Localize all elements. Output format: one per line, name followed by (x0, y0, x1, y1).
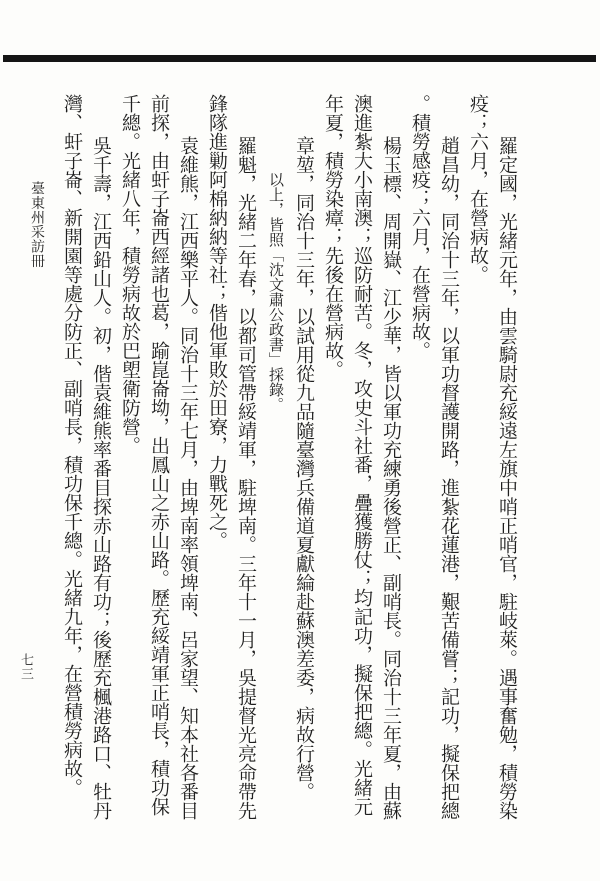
text-column: 鋒隊進勦阿棉納納等社；偕他軍敗於田寮，力戰死之。 (202, 94, 231, 842)
book-page: 臺東州采訪冊 羅定國，光緒元年，由雲騎尉充綏遠左旗中哨正哨官，駐岐萊。遇事奮勉，… (0, 0, 600, 881)
text-column: 。積勞感疫；六月，在營病故。 (405, 94, 434, 842)
text-block: 羅定國，光緒元年，由雲騎尉充綏遠左旗中哨正哨官，駐岐萊。遇事奮勉，積勞染 疫；六… (57, 94, 521, 842)
text-column: 灣、虷子崙、新開園等處分防正、副哨長，積功保千總。光緒九年，在營積勞病故。 (57, 94, 86, 842)
page-frame-rule (3, 55, 596, 62)
text-column: 疫；六月，在營病故。 (463, 94, 492, 842)
text-column: 前探，由虷子崙西經諸也葛，踰崑崙坳，出鳳山之赤山路。歷充綏靖軍正哨長，積功保 (144, 94, 173, 842)
text-column: 千總。光緒八年，積勞病故於巴塱衛防營。 (115, 94, 144, 842)
text-column: 羅魁，光緒二年春，以都司管帶綏靖軍，駐埤南。三年十一月，吳提督光亮命帶先 (231, 94, 260, 842)
text-column: 年夏，積勞染瘴；先後在營病故。 (318, 94, 347, 842)
book-title-margin: 臺東州采訪冊 (26, 181, 46, 268)
text-column: 趙昌幼，同治十三年，以軍功督護開路，進紮花蓮港，艱苦備嘗；記功，擬保把總 (434, 94, 463, 842)
text-column: 章堃，同治十三年，以試用從九品隨臺灣兵備道夏獻綸赴蘇澳差委，病故行營。 (289, 94, 318, 842)
text-column: 吳千壽，江西鉛山人。初，偕袁維熊率番目探赤山路有功；後歷充楓港路口、牡丹 (86, 94, 115, 842)
text-column: 澳進紮大小南澳；巡防耐苦。冬，攻史斗社番，疊獲勝仗；均記功，擬保把總。光緒元 (347, 94, 376, 842)
page-number: 七三 (17, 653, 36, 681)
text-column: 袁維熊，江西樂平人。同治十三年七月，由埤南率領埤南、呂家望、知本社各番目 (173, 94, 202, 842)
text-column: 羅定國，光緒元年，由雲騎尉充綏遠左旗中哨正哨官，駐岐萊。遇事奮勉，積勞染 (492, 94, 521, 842)
source-note-column: 以上，皆照「沈文肅公政書」採錄。 (260, 94, 289, 842)
text-column: 楊玉標、周開嶽、江少華，皆以軍功充練勇後營正、副哨長。同治十三年夏，由蘇 (376, 94, 405, 842)
